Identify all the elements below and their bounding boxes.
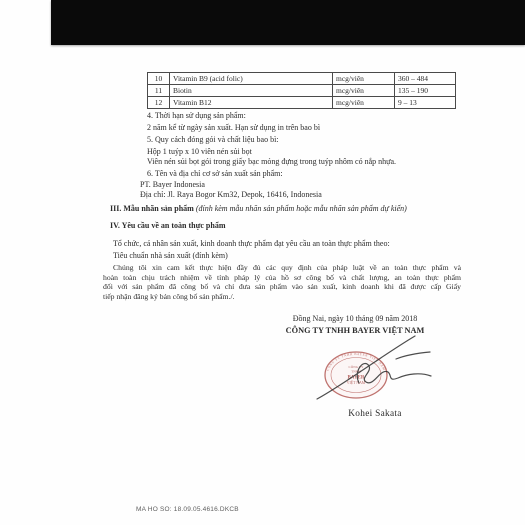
manufacturer-address: Địa chỉ: Jl. Raya Bogor Km32, Depok, 164…	[140, 190, 322, 200]
row-unit: mcg/viên	[333, 97, 395, 109]
commitment-paragraph: Chúng tôi xin cam kết thực hiện đầy đủ c…	[103, 263, 461, 301]
document-page: 10 Vitamin B9 (acid folic) mcg/viên 360 …	[0, 0, 525, 525]
table-row: 12 Vitamin B12 mcg/viên 9 – 13	[148, 97, 456, 109]
section-3-title: III. Mẫu nhãn sản phẩm	[110, 204, 194, 213]
commitment-line: tiếp nhận đăng ký bản công bố sản phẩm./…	[103, 292, 461, 302]
row-unit: mcg/viên	[333, 85, 395, 97]
clause-4-heading: 4. Thời hạn sử dụng sản phẩm:	[147, 111, 246, 121]
commitment-line: hoàn toàn chịu trách nhiệm về tính pháp …	[103, 273, 461, 283]
clause-5-line1: Hộp 1 tuýp x 10 viên nén sủi bọt	[147, 147, 252, 157]
row-value: 9 – 13	[395, 97, 456, 109]
section-3-heading: III. Mẫu nhãn sản phẩm (đính kèm mẫu nhã…	[110, 204, 407, 214]
row-name: Vitamin B12	[170, 97, 333, 109]
commitment-line: đối với sản phẩm đã công bố và chỉ đưa s…	[103, 282, 461, 292]
requirement-line-1: Tổ chức, cá nhân sản xuất, kinh doanh th…	[113, 239, 390, 249]
row-no: 10	[148, 73, 170, 85]
clause-5-line2: Viên nén sủi bọt gói trong giấy bạc mỏng…	[147, 157, 396, 167]
signature	[303, 331, 438, 403]
requirement-line-2: Tiêu chuẩn nhà sản xuất (đính kèm)	[113, 251, 228, 261]
clause-6-heading: 6. Tên và địa chỉ cơ sở sản xuất sản phẩ…	[147, 169, 283, 179]
manufacturer-name: PT. Bayer Indonesia	[140, 180, 205, 190]
file-code: MA HO SO: 18.09.05.4616.DKCB	[136, 506, 239, 513]
document-body: 10 Vitamin B9 (acid folic) mcg/viên 360 …	[0, 0, 525, 525]
clause-5-heading: 5. Quy cách đóng gói và chất liệu bao bì…	[147, 135, 279, 145]
commitment-line: Chúng tôi xin cam kết thực hiện đầy đủ c…	[103, 263, 461, 273]
clause-4-body: 2 năm kể từ ngày sản xuất. Hạn sử dụng i…	[147, 123, 320, 133]
nutrient-table: 10 Vitamin B9 (acid folic) mcg/viên 360 …	[147, 72, 456, 109]
row-value: 135 – 190	[395, 85, 456, 97]
table-row: 10 Vitamin B9 (acid folic) mcg/viên 360 …	[148, 73, 456, 85]
table-row: 11 Biotin mcg/viên 135 – 190	[148, 85, 456, 97]
section-3-note: (đính kèm mẫu nhãn sản phẩm hoặc mẫu nhã…	[194, 204, 407, 213]
date-place-line: Đồng Nai, ngày 10 tháng 09 năm 2018	[280, 314, 430, 323]
row-value: 360 – 484	[395, 73, 456, 85]
row-unit: mcg/viên	[333, 73, 395, 85]
signer-name: Kohei Sakata	[330, 409, 420, 419]
row-name: Vitamin B9 (acid folic)	[170, 73, 333, 85]
row-name: Biotin	[170, 85, 333, 97]
section-4-heading: IV. Yêu cầu về an toàn thực phẩm	[110, 221, 225, 231]
row-no: 11	[148, 85, 170, 97]
row-no: 12	[148, 97, 170, 109]
